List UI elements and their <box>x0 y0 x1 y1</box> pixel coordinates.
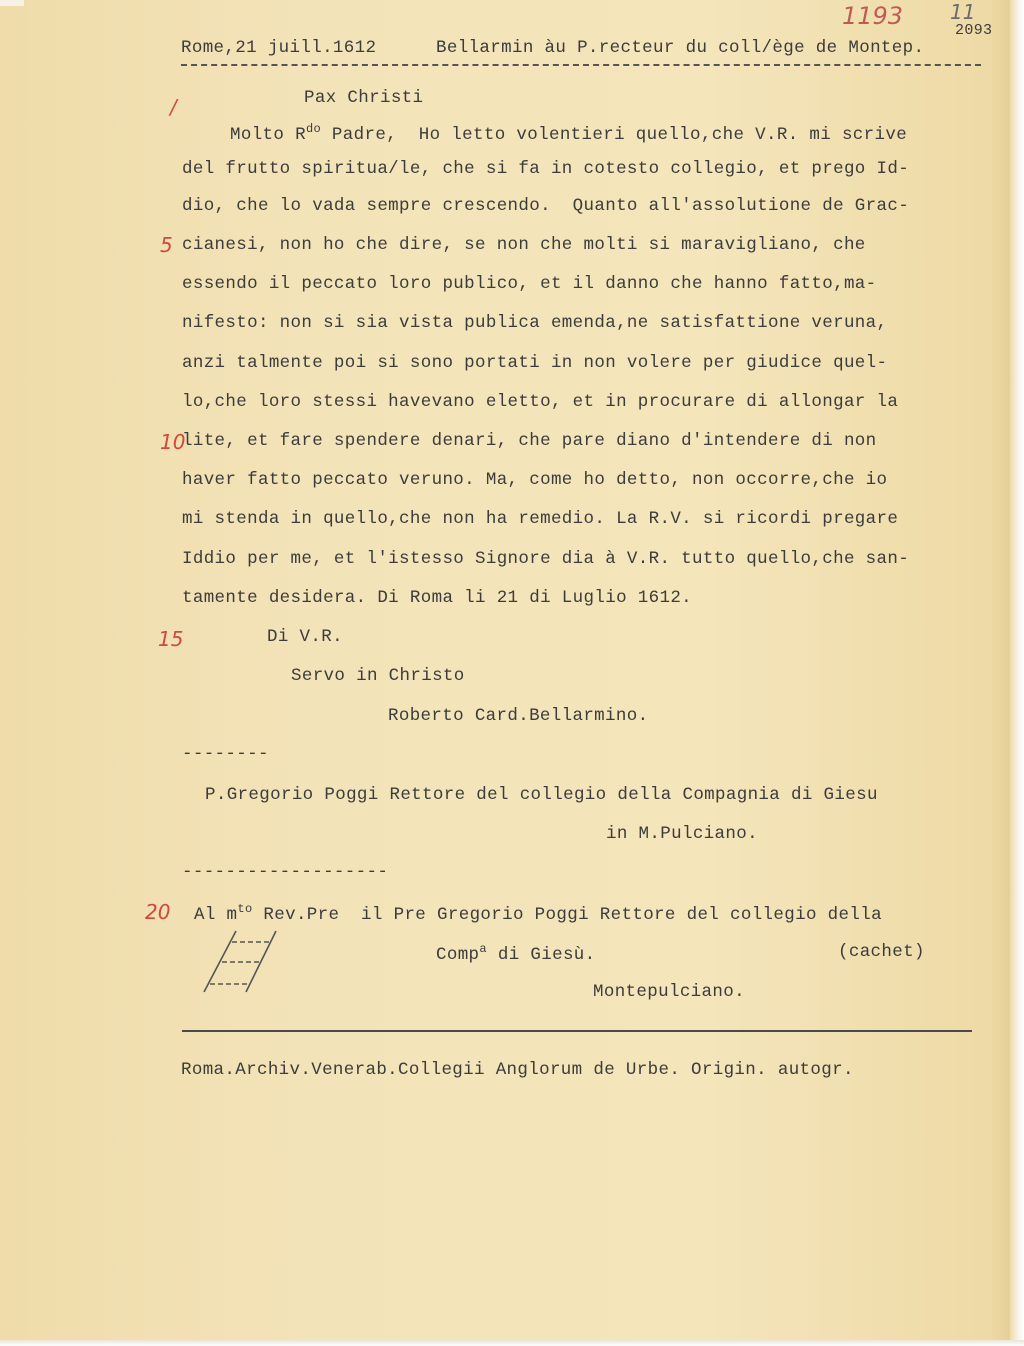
separator-short: -------- <box>182 744 269 764</box>
archive-number-handwritten: 1193 <box>842 2 903 30</box>
line-marker-15: 15 <box>158 627 183 651</box>
letter-line: anzi talmente poi si sono portati in non… <box>182 353 887 373</box>
recipient-line-2: in M.Pulciano. <box>606 824 758 844</box>
address-line-2: Compa di Giesù. <box>436 942 596 965</box>
opening-prefix: Molto R <box>230 125 306 145</box>
letter-line: lo,che loro stessi havevano eletto, et i… <box>182 392 898 412</box>
letter-line: essendo il peccato loro publico, et il d… <box>182 274 877 294</box>
seal-sketch-icon <box>200 928 282 994</box>
salutation: Pax Christi <box>304 88 423 108</box>
page-corner <box>0 0 24 6</box>
source-citation: Roma.Archiv.Venerab.Collegii Anglorum de… <box>181 1060 854 1080</box>
letter-line: tamente desidera. Di Roma li 21 di Lugli… <box>182 588 692 608</box>
address-line-2-rest: di Giesù. <box>487 945 596 965</box>
letter-line: Iddio per me, et l'istesso Signore dia à… <box>182 549 909 569</box>
letter-opening: Molto Rdo Padre, Ho letto volentieri que… <box>230 122 907 145</box>
closing-di-vr: Di V.R. <box>267 627 343 647</box>
letter-line: cianesi, non ho che dire, se non che mol… <box>182 235 866 255</box>
line-marker-5: 5 <box>160 233 173 257</box>
address-comp-superscript: a <box>479 942 487 956</box>
letter-line: lite, et fare spendere denari, che pare … <box>182 431 877 451</box>
page-edge-right <box>1010 0 1024 1346</box>
address-line-1: Al mto Rev.Pre il Pre Gregorio Poggi Ret… <box>194 902 882 925</box>
header-description: Bellarmin àu P.recteur du coll/ège de Mo… <box>436 38 924 58</box>
address-comp: Comp <box>436 945 479 965</box>
line-marker-20: 20 <box>145 900 170 924</box>
letter-line: nifesto: non si sia vista publica emenda… <box>182 313 887 333</box>
signature: Roberto Card.Bellarmino. <box>388 706 648 726</box>
address-line-1-rest: Rev.Pre il Pre Gregorio Poggi Rettore de… <box>253 905 882 925</box>
opening-superscript: do <box>306 122 321 136</box>
closing-servo: Servo in Christo <box>291 666 465 686</box>
letter-line: mi stenda in quello,che non ha remedio. … <box>182 509 898 529</box>
header-place-date: Rome,21 juill.1612 <box>181 38 376 58</box>
letter-line: dio, che lo vada sempre crescendo. Quant… <box>182 196 909 216</box>
archive-number-secondary: 11 <box>950 0 975 24</box>
address-prefix: Al m <box>194 905 237 925</box>
header-underline <box>181 64 981 66</box>
recipient-line-1: P.Gregorio Poggi Rettore del collegio de… <box>205 785 878 805</box>
page-edge-bottom <box>0 1340 1024 1346</box>
letter-line: haver fatto peccato veruno. Ma, come ho … <box>182 470 887 490</box>
letter-line: del frutto spiritua/le, che si fa in cot… <box>182 159 909 179</box>
line-marker-1: / <box>170 95 177 119</box>
archive-number-stamped: 2093 <box>955 22 992 39</box>
footer-rule <box>182 1030 972 1032</box>
separator-long: ------------------- <box>182 862 388 882</box>
opening-rest: Padre, Ho letto volentieri quello,che V.… <box>321 125 907 145</box>
address-line-3: Montepulciano. <box>593 982 745 1002</box>
address-superscript: to <box>237 902 252 916</box>
cachet-note: (cachet) <box>838 942 925 962</box>
